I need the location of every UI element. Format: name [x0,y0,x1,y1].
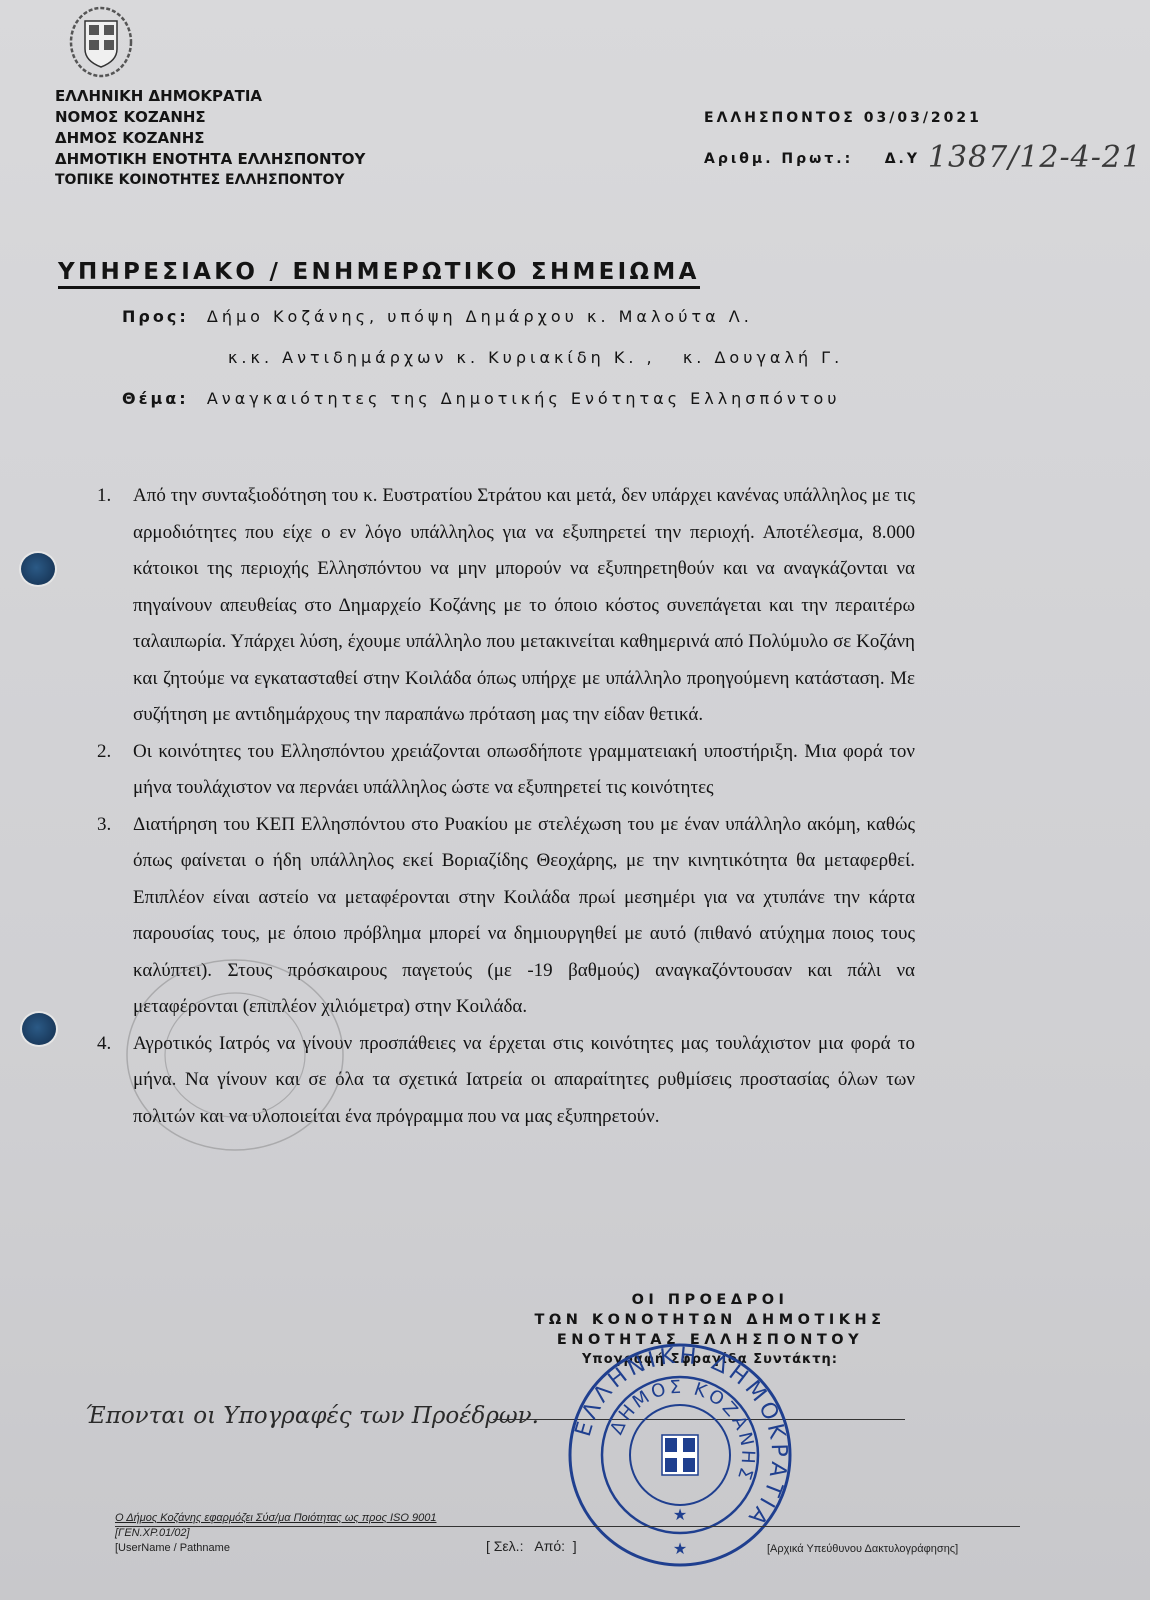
punch-hole [19,551,57,587]
protocol-line: Αριθμ. Πρωτ.: Δ.Υ 1387/12-4-21 [704,136,1142,177]
handwritten-note: Έπονται οι Υπογραφές των Προέδρων. [85,1403,539,1429]
date-protocol-block: ΕΛΛΗΣΠΟΝΤΟΣ 03/03/2021 Αριθμ. Πρωτ.: Δ.Υ… [704,100,1142,177]
footer-iso-note: Ο Δήμος Κοζάνης εφαρμόζει Σύσ/μα Ποιότητ… [115,1512,436,1524]
stamp-coat-of-arms-icon [662,1435,698,1475]
item-text: Οι κοινότητες του Ελλησπόντου χρειάζοντα… [133,734,915,807]
protocol-number-handwritten: 1387/12-4-21 [928,140,1142,175]
coat-of-arms-emblem [67,5,135,79]
item-number: 1. [97,478,133,734]
issuer-line: ΔΗΜΟΤΙΚΗ ΕΝΟΤΗΤΑ ΕΛΛΗΣΠΟΝΤΟΥ [55,149,365,170]
svg-text:★: ★ [673,1541,687,1558]
to-text: Δήμο Κοζάνης, υπόψη Δημάρχου κ. Μαλούτα … [207,307,753,326]
footer-page-ref: [ Σελ.: Από: ] [486,1538,577,1554]
official-stamp: ΕΛΛΗΝΙΚΗ ΔΗΜΟΚΡΑΤΙΑ ΔΗΜΟΣ ΚΟΖΑΝΗΣ ★ ★ [565,1340,795,1570]
faint-stamp-mark [120,955,350,1155]
footer-divider [115,1526,1020,1527]
issuer-line: ΕΛΛΗΝΙΚΗ ΔΗΜΟΚΡΑΤΙΑ [55,86,365,107]
punch-hole [20,1011,58,1047]
subject-line: Θέμα: Αναγκαιότητες της Δημοτικής Ενότητ… [122,389,840,408]
signature-line-1: ΟΙ ΠΡΟΕΔΡΟΙ [505,1290,915,1310]
protocol-prefix: Δ.Υ [885,151,920,167]
footer-initials: [Αρχικά Υπεύθυνου Δακτυλογράφησης] [767,1543,958,1555]
document-title: ΥΠΗΡΕΣΙΑΚΟ / ΕΝΗΜΕΡΩΤΙΚΟ ΣΗΜΕΙΩΜΑ [58,258,700,289]
issuer-line: ΤΟΠΙΚΕ ΚΟΙΝΟΤΗΤΕΣ ΕΛΛΗΣΠΟΝΤΟΥ [55,170,365,191]
footer-username-path: [UserName / Pathname [115,1542,230,1554]
issuer-line: ΝΟΜΟΣ ΚΟΖΑΝΗΣ [55,107,365,128]
subject-text: Αναγκαιότητες της Δημοτικής Ενότητας Ελλ… [207,389,841,408]
recipient-line-1: Προς: Δήμο Κοζάνης, υπόψη Δημάρχου κ. Μα… [122,307,753,326]
recipient-line-2: κ.κ. Αντιδημάρχων κ. Κυριακίδη Κ. , κ. Δ… [228,348,843,367]
list-item: 2. Οι κοινότητες του Ελλησπόντου χρειάζο… [97,734,915,807]
footer-code: [ΓΕΝ.ΧΡ.01/02] [115,1527,190,1539]
to-text-2: κ.κ. Αντιδημάρχων κ. Κυριακίδη Κ. , κ. Δ… [228,348,843,367]
signature-line-2: ΤΩΝ ΚΟΝΟΤΗΤΩΝ ΔΗΜΟΤΙΚΗΣ [505,1310,915,1330]
issuer-block: ΕΛΛΗΝΙΚΗ ΔΗΜΟΚΡΑΤΙΑ ΝΟΜΟΣ ΚΟΖΑΝΗΣ ΔΗΜΟΣ … [55,86,365,191]
list-item: 1. Από την συνταξιοδότηση του κ. Ευστρατ… [97,478,915,734]
protocol-label: Αριθμ. Πρωτ.: [704,151,853,167]
item-number: 2. [97,734,133,807]
svg-text:★: ★ [673,1507,687,1524]
to-label: Προς: [122,307,189,326]
place-date: ΕΛΛΗΣΠΟΝΤΟΣ 03/03/2021 [704,100,1142,136]
issuer-line: ΔΗΜΟΣ ΚΟΖΑΝΗΣ [55,128,365,149]
item-text: Από την συνταξιοδότηση του κ. Ευστρατίου… [133,478,915,734]
subject-label: Θέμα: [122,389,189,408]
